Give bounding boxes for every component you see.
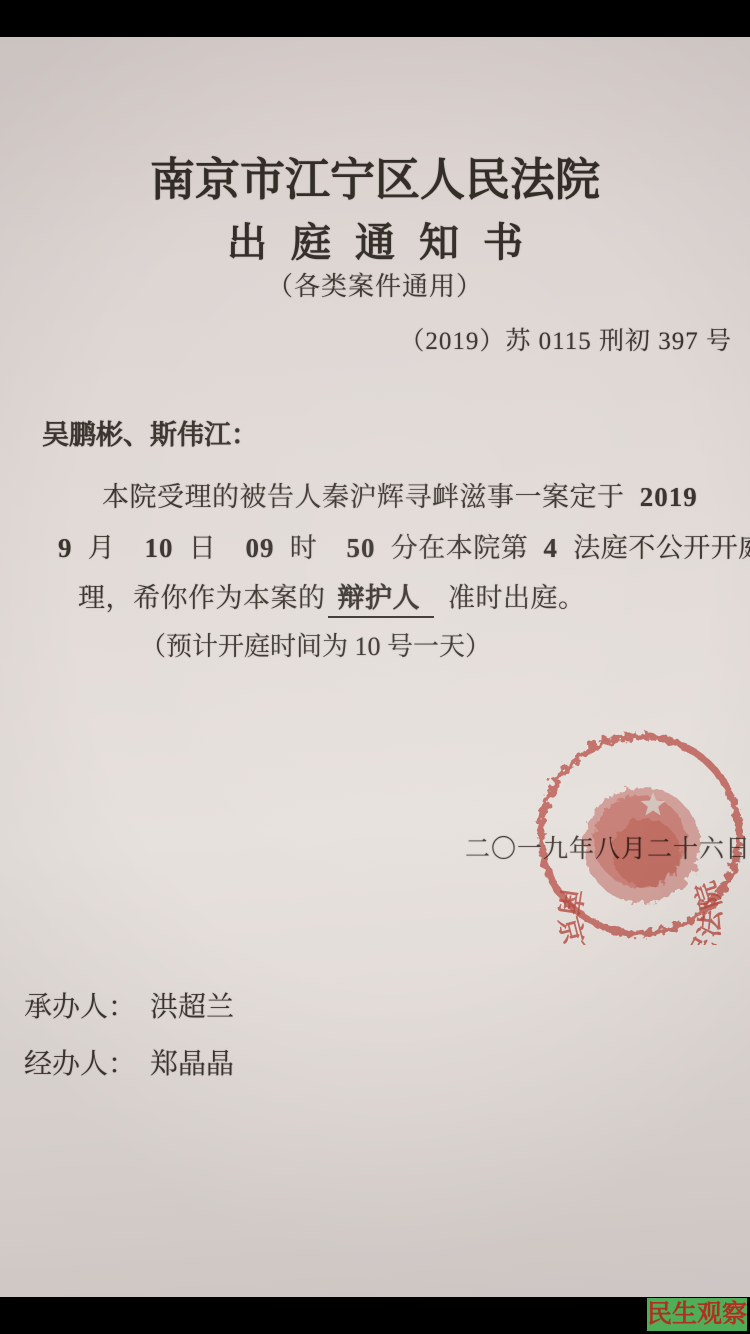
body-line-2: 9 月 10 日 09 时 50 分在本院第 4 法庭不公开开庭审 [58, 526, 750, 565]
courtroom-text: 法庭不公开开庭审 [573, 526, 750, 565]
hearing-day-value: 10 [145, 533, 174, 564]
bottom-letterbox-bar [0, 1297, 750, 1334]
national-emblem [584, 787, 700, 903]
screenshot-root: 南京市江宁区人民法院 出庭通知书 （各类案件通用） （2019）苏 0115 刑… [0, 0, 750, 1334]
body-line-3: 理，希你作为本案的辩护人准时出庭。 [78, 576, 586, 618]
hour-label: 时 [290, 526, 318, 565]
hearing-minute-value: 50 [347, 533, 376, 564]
court-seal: 南京市江宁区人民法院 [530, 725, 750, 945]
role-blank-value: 辩护人 [328, 576, 435, 618]
handler-name: 郑晶晶 [150, 1049, 234, 1080]
document-title: 出庭通知书 [0, 211, 750, 268]
body-line-3-post: 准时出庭。 [448, 576, 586, 615]
day-label: 日 [189, 526, 217, 565]
handler-label: 经办人： [24, 1049, 136, 1080]
body-line-1-text: 本院受理的被告人秦沪辉寻衅滋事一案定于 [102, 475, 625, 514]
addressee-line: 吴鹏彬、斯伟江： [42, 413, 258, 452]
hearing-hour-value: 09 [246, 533, 275, 564]
month-label: 月 [88, 526, 116, 565]
estimated-duration-note: （预计开庭时间为 10 号一天） [140, 626, 491, 663]
minute-label-and-text: 分在本院第 [391, 526, 529, 565]
courtroom-number: 4 [544, 533, 559, 564]
hearing-month-value: 9 [58, 533, 73, 564]
document-scope-note: （各类案件通用） [0, 266, 750, 303]
case-number: （2019）苏 0115 刑初 397 号 [399, 321, 732, 357]
top-letterbox-bar [0, 0, 750, 37]
document-paper: 南京市江宁区人民法院 出庭通知书 （各类案件通用） （2019）苏 0115 刑… [0, 37, 750, 1297]
handler-row: 经办人：郑晶晶 [24, 1042, 234, 1082]
handler-row: 承办人：洪超兰 [24, 985, 234, 1025]
body-line-1: 本院受理的被告人秦沪辉寻衅滋事一案定于 2019 年 [102, 475, 750, 514]
handler-label: 承办人： [24, 992, 136, 1023]
handler-name: 洪超兰 [150, 992, 234, 1023]
court-name-heading: 南京市江宁区人民法院 [0, 143, 750, 208]
hearing-year-value: 2019 [640, 482, 698, 513]
body-line-3-pre: 理，希你作为本案的 [78, 576, 326, 615]
watermark-badge: 民生观察 [647, 1298, 747, 1331]
